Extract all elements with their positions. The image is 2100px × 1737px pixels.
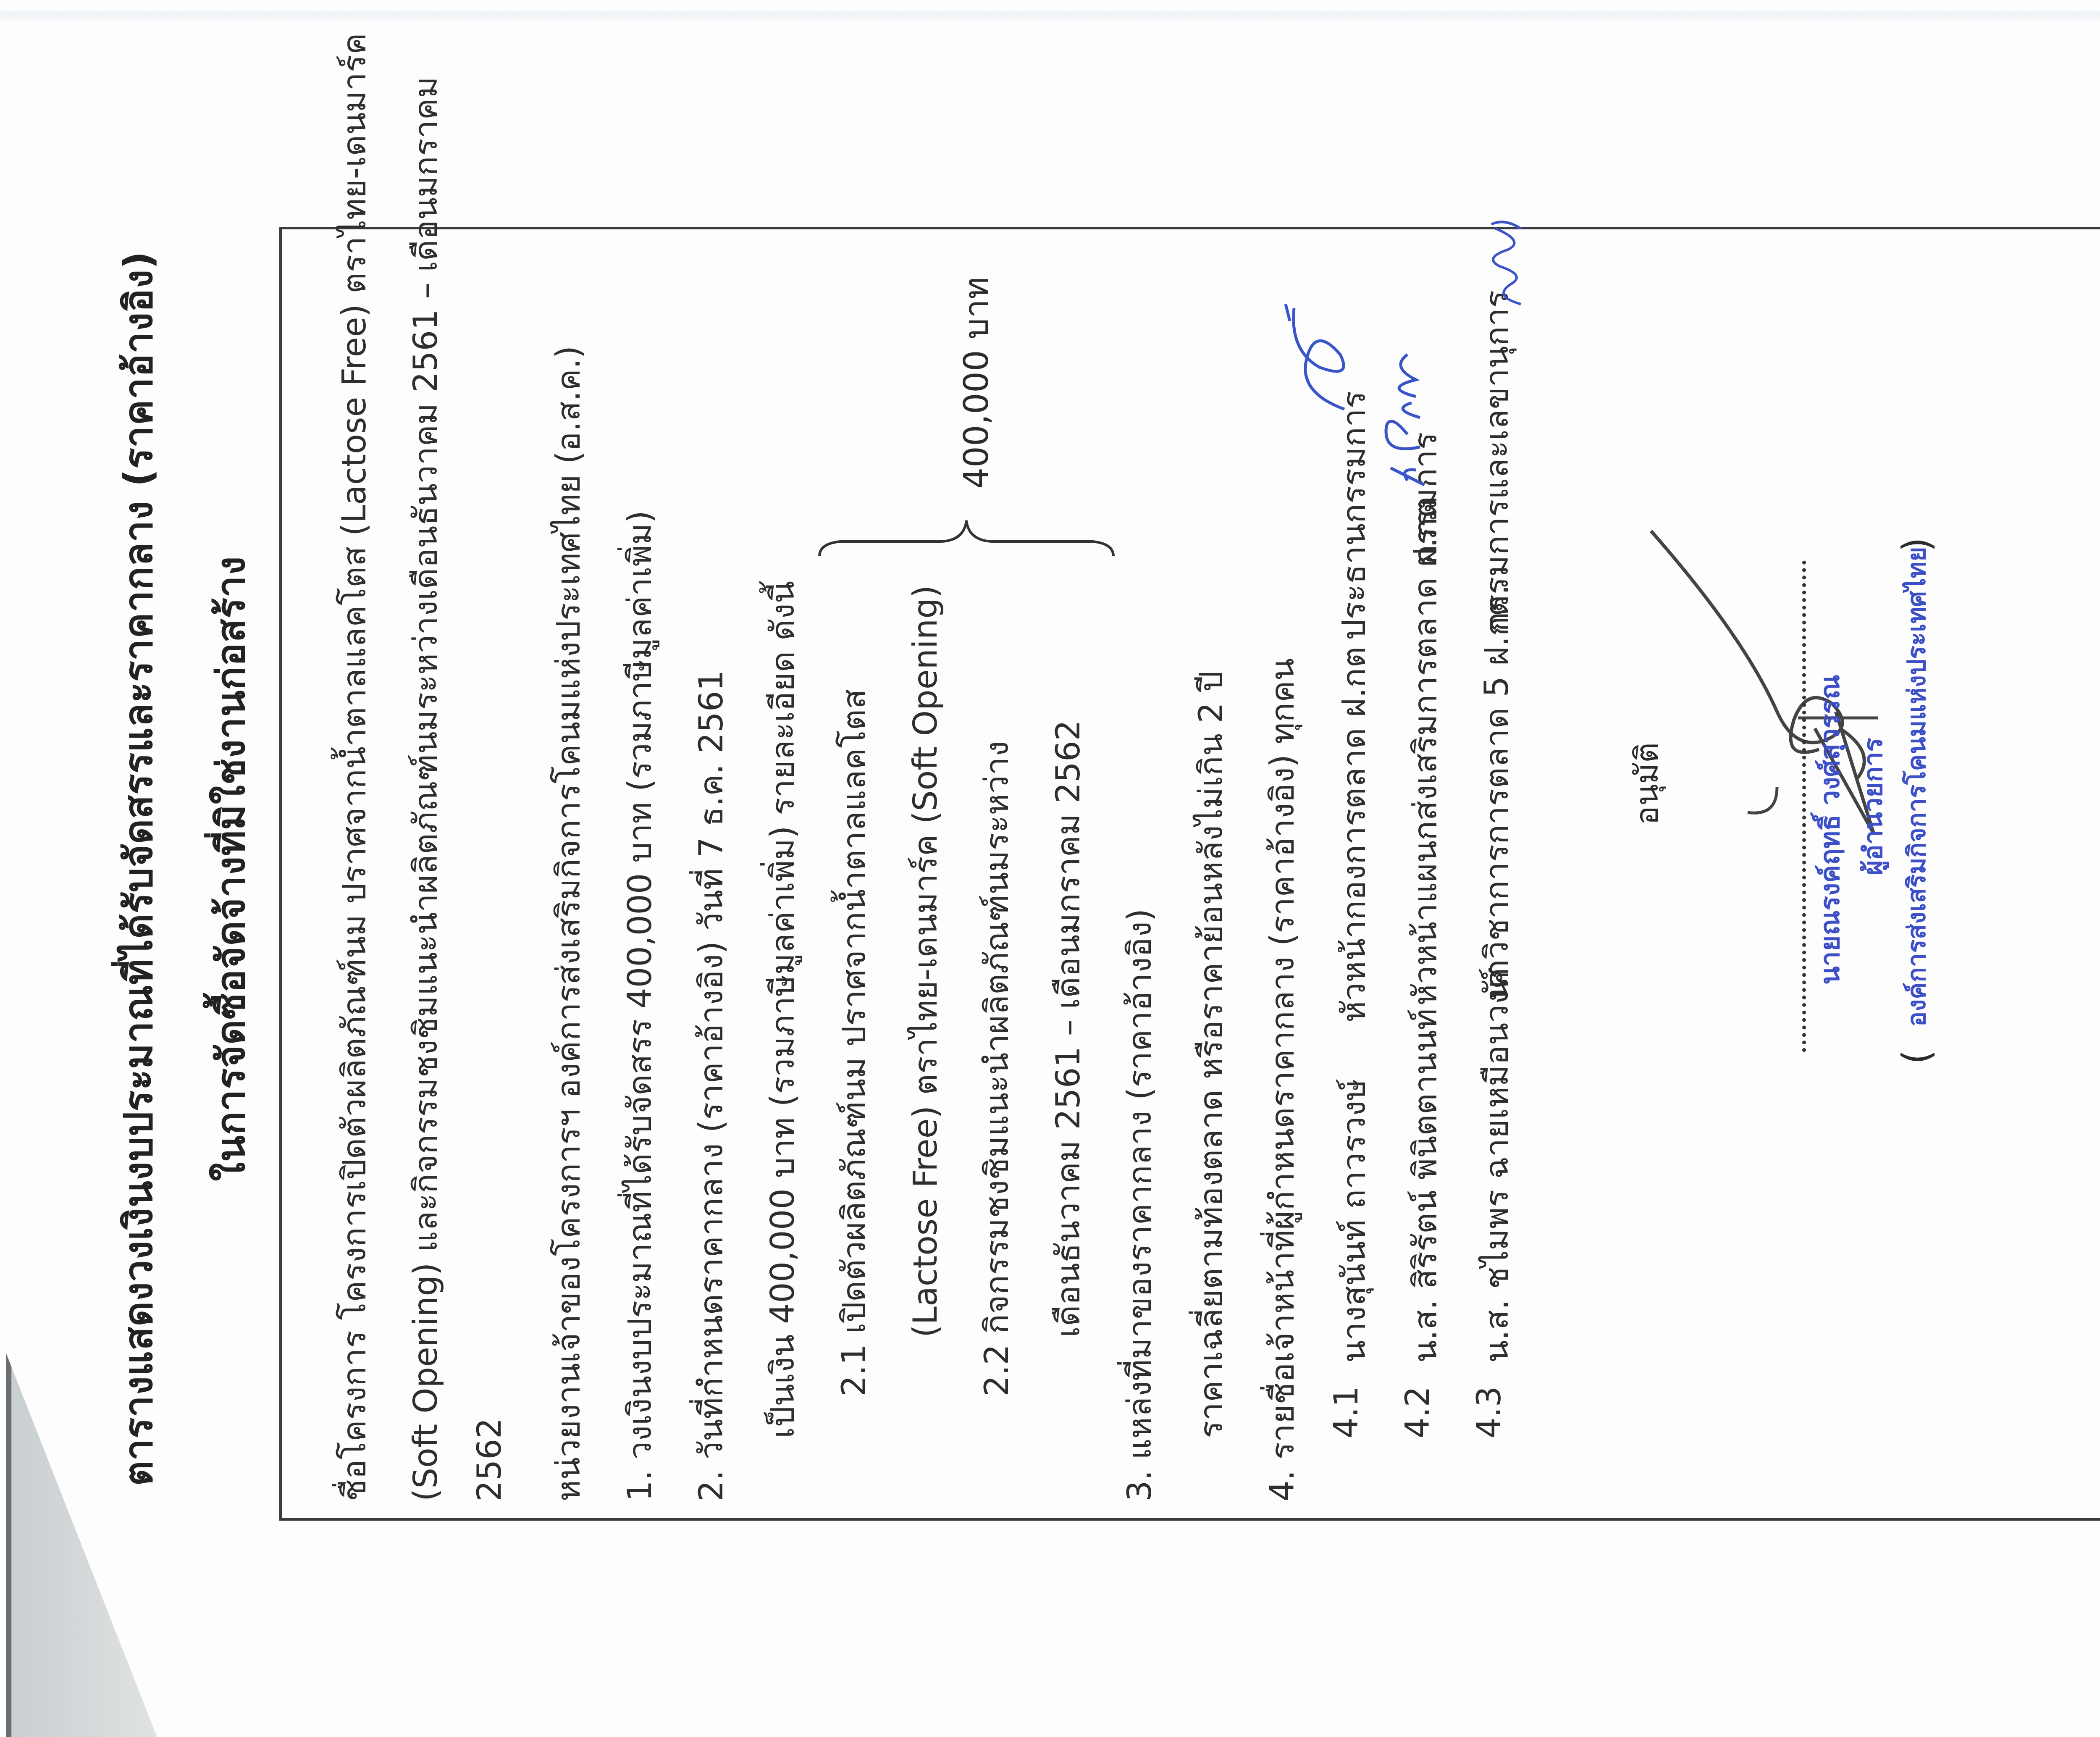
committee-role: กรรมการและเลขานุการ bbox=[1470, 290, 1522, 632]
committee-name: น.ส. ชไมพร ฉายเหมือนวงศ์ bbox=[1470, 967, 1522, 1363]
item-2-1-line-2: (Lactose Free) ตราไทย-เดนมาร์ค (Soft Ope… bbox=[899, 585, 951, 1338]
committee-no: 4.2 bbox=[1399, 1386, 1437, 1438]
right-brace-icon bbox=[815, 502, 1118, 560]
document-title: ตารางแสดงวงเงินงบประมาณที่ได้รับจัดสรรแล… bbox=[107, 0, 169, 1737]
director-title-stamp: ผู้อำนวยการ bbox=[1853, 738, 1894, 875]
signature-secretary-icon bbox=[1475, 212, 1538, 313]
director-org-stamp: องค์การส่งเสริมกิจการโคนมแห่งประเทศไทย bbox=[1897, 547, 1937, 1027]
committee-position: หัวหน้าแผนกส่งเสริมการตลาด ฝ.กต bbox=[1399, 496, 1451, 1006]
project-name-line-1: ชื่อโครงการ โครงการเปิดตัวผลิตภัณฑ์นม ปร… bbox=[328, 33, 380, 1501]
item-4-committee-heading: 4. รายชื่อเจ้าหน้าที่ผู้กำหนดราคากลาง (ร… bbox=[1256, 658, 1308, 1501]
committee-no: 4.3 bbox=[1470, 1386, 1508, 1438]
content-box: ชื่อโครงการ โครงการเปิดตัวผลิตภัณฑ์นม ปร… bbox=[279, 227, 2100, 1521]
item-1-budget: 1. วงเงินงบประมาณที่ได้รับจัดสรร 400,000… bbox=[614, 510, 666, 1501]
committee-name: นางสุนันท์ ถาวรวงษ์ bbox=[1328, 1079, 1380, 1363]
committee-position: หัวหน้ากองการตลาด ฝ.กต bbox=[1328, 646, 1380, 1022]
project-name-line-3: 2562 bbox=[471, 1418, 509, 1501]
committee-name: น.ส. สิริรัตน์ พินิตตานนท์ bbox=[1399, 1009, 1451, 1363]
signature-chairman-icon bbox=[1281, 292, 1357, 418]
project-name-line-2: (Soft Opening) และกิจกรรมชงชิมแนะนำผลิตภ… bbox=[399, 76, 451, 1501]
item-2-date: 2. วันที่กำหนดราคากลาง (ราคาอ้างอิง) วัน… bbox=[685, 670, 737, 1501]
item-2-2-line-1: 2.2 กิจกรรมชงชิมแนะนำผลิตภัณฑ์นมระหว่าง bbox=[971, 741, 1023, 1397]
brace-amount: 400,000 บาท bbox=[950, 277, 1003, 489]
signature-line bbox=[1802, 560, 1806, 1052]
signature-member-icon bbox=[1365, 334, 1437, 493]
paren-open: ( bbox=[1895, 1050, 1939, 1064]
committee-position: นักวิชาการการตลาด 5 ฝ.กต. bbox=[1470, 585, 1522, 1001]
document-subtitle: ในการจัดซื้อจัดจ้างที่มิใช่งานก่อสร้าง bbox=[199, 0, 261, 1737]
item-3-source: 3. แหล่งที่มาของราคากลาง (ราคาอ้างอิง) bbox=[1113, 909, 1165, 1501]
committee-no: 4.1 bbox=[1328, 1386, 1365, 1438]
item-2-detail: เป็นเงิน 400,000 บาท (รวมภาษีมูลค่าเพิ่ม… bbox=[756, 581, 808, 1438]
item-2-1-line-1: 2.1 เปิดตัวผลิตภัณฑ์นม ปราศจากน้ำตาลแลคโ… bbox=[828, 689, 880, 1396]
director-name-stamp: นายณรงค์ฤทธิ์ วงศ์สุวรรณ bbox=[1809, 675, 1851, 985]
document-page: ตารางแสดงวงเงินงบประมาณที่ได้รับจัดสรรแล… bbox=[0, 0, 2100, 1737]
item-3-detail: ราคาเฉลี่ยตามท้องตลาด หรือราคาย้อนหลังไม… bbox=[1185, 671, 1237, 1438]
agency: หน่วยงานเจ้าของโครงการฯ องค์การส่งเสริมก… bbox=[542, 346, 594, 1501]
item-2-2-line-2: เดือนธันวาคม 2561 – เดือนมกราคม 2562 bbox=[1042, 720, 1094, 1338]
